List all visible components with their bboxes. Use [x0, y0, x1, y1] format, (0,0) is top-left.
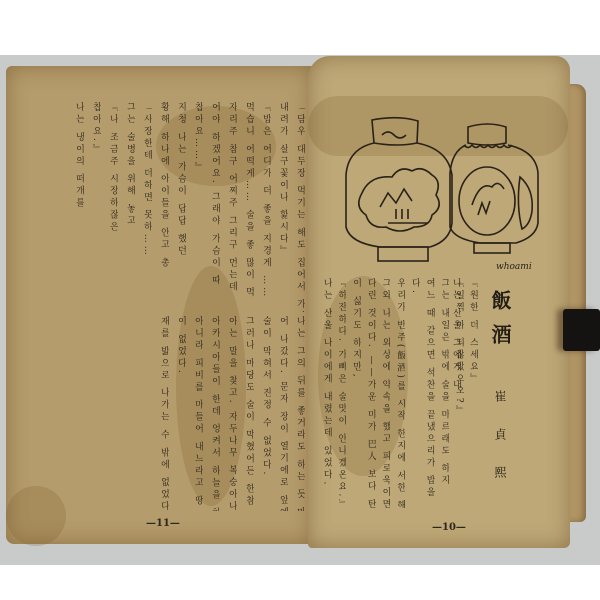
text-column: 『하잔하다. 가빠은 술맛이 안나겠온요.』 — [339, 278, 347, 508]
text-column: 그와 나는 외상에 약속을 했고 피로욱이면 — [383, 278, 391, 508]
left-lower-text: 나는 그의 뒤를 좋거라도 하는 듯 마며 밥으로 어 나갔다. 문자 장이 열… — [20, 316, 305, 511]
text-column: 우리가 반주(飯酒)를 시작 한지에 서한 해 — [397, 278, 405, 508]
text-column: 나는 그의 뒤를 좋거라도 하는 듯 마며 밥으로 — [295, 316, 305, 511]
text-column: 『원한 더 스세요』 — [468, 278, 478, 388]
text-column: 다. — [412, 278, 420, 508]
text-column: 황해 하나에 아이들을 안고 총 — [159, 102, 169, 312]
text-column: 지청 나는 가슴이 답답 했던 — [176, 102, 186, 312]
text-column: 아는 말을 찾고. 자두나무 복숭아나무 포도나 — [227, 316, 237, 511]
text-column: 술이 막혀서 진정 수 없었다. — [261, 316, 271, 511]
text-column: 『밥은 어디가 더 좋을 지경게 …… — [261, 102, 271, 312]
text-column: 『나 조금주 시장하잖은 — [108, 102, 118, 312]
illustrator-signature: whoami — [496, 262, 532, 272]
text-column: 이 싫기도 하지만, — [353, 278, 361, 508]
story-title: 飯酒 — [486, 290, 515, 358]
text-column: 내려가 살구꽃이나 핥시다』 — [278, 102, 288, 312]
text-column: 재를 밟으로 나가는 수 밖에 없었다. 나는 — [159, 316, 169, 511]
text-column: 아니라 피비를 마들어 내느라고 땅 바지 비슷커 — [193, 316, 203, 511]
text-column: 찹아요……』 — [193, 102, 203, 312]
text-column: 자리주 참구 어찌주 그리구 먼는데 — [227, 102, 237, 312]
text-column: 어야 하겠어요. 그래야 가슴이 따 — [210, 102, 220, 312]
page-number: —11— — [146, 518, 180, 529]
text-column: 「사장한테 더하면 못하…… — [142, 102, 152, 312]
left-upper-text: 「담우 대두장 먹기는 해도 집어서 가자」 내려가 살구꽃이나 핥시다』 『밥… — [20, 102, 305, 312]
author-name: 崔貞熙 — [492, 390, 509, 504]
text-column: 아카시아들이 한데 엉켜서 하늘을 차단하고 있을 — [210, 316, 220, 511]
left-page: 「담우 대두장 먹기는 해도 집어서 가자」 내려가 살구꽃이나 핥시다』 『밥… — [6, 66, 312, 544]
text-column: 「담우 대두장 먹기는 해도 집어서 가자」 — [295, 102, 305, 312]
page-number: —10— — [432, 522, 466, 533]
text-column: 이 없었다. — [176, 316, 186, 511]
text-column: 어 나갔다. 문자 장이 열기에로 앞에 빛진한 방 — [278, 316, 288, 511]
jars-illustration — [340, 115, 570, 265]
text-column: 나는 산울 그에게 내밀었다. — [451, 278, 461, 388]
text-column: 다린 것이다. ——가운 미가 巴人 보다 탄 — [368, 278, 376, 508]
text-column: 여느 때 같으면 석찬을 끝냈으리가 밥을 — [427, 278, 435, 508]
text-column: 그러나 마당도 술이 막혔어든 한참 객철인 — [244, 316, 254, 511]
text-column: 나는 산울 나이에게 내렸는데 있었다. — [324, 278, 332, 508]
binder-clip — [563, 309, 600, 351]
text-column: 그는 술병을 위해 놓고 — [125, 102, 135, 312]
text-column: 찹아요.』 — [91, 102, 101, 312]
text-column: 먹습니 어떡게…… 술을 좋 많이 먹 — [244, 102, 254, 312]
right-dialogue-text: 『원한 더 스세요』 나는 산울 그에게 내밀었다. — [442, 278, 478, 388]
text-column: 나는 냉이의 떠개를 — [74, 102, 84, 312]
